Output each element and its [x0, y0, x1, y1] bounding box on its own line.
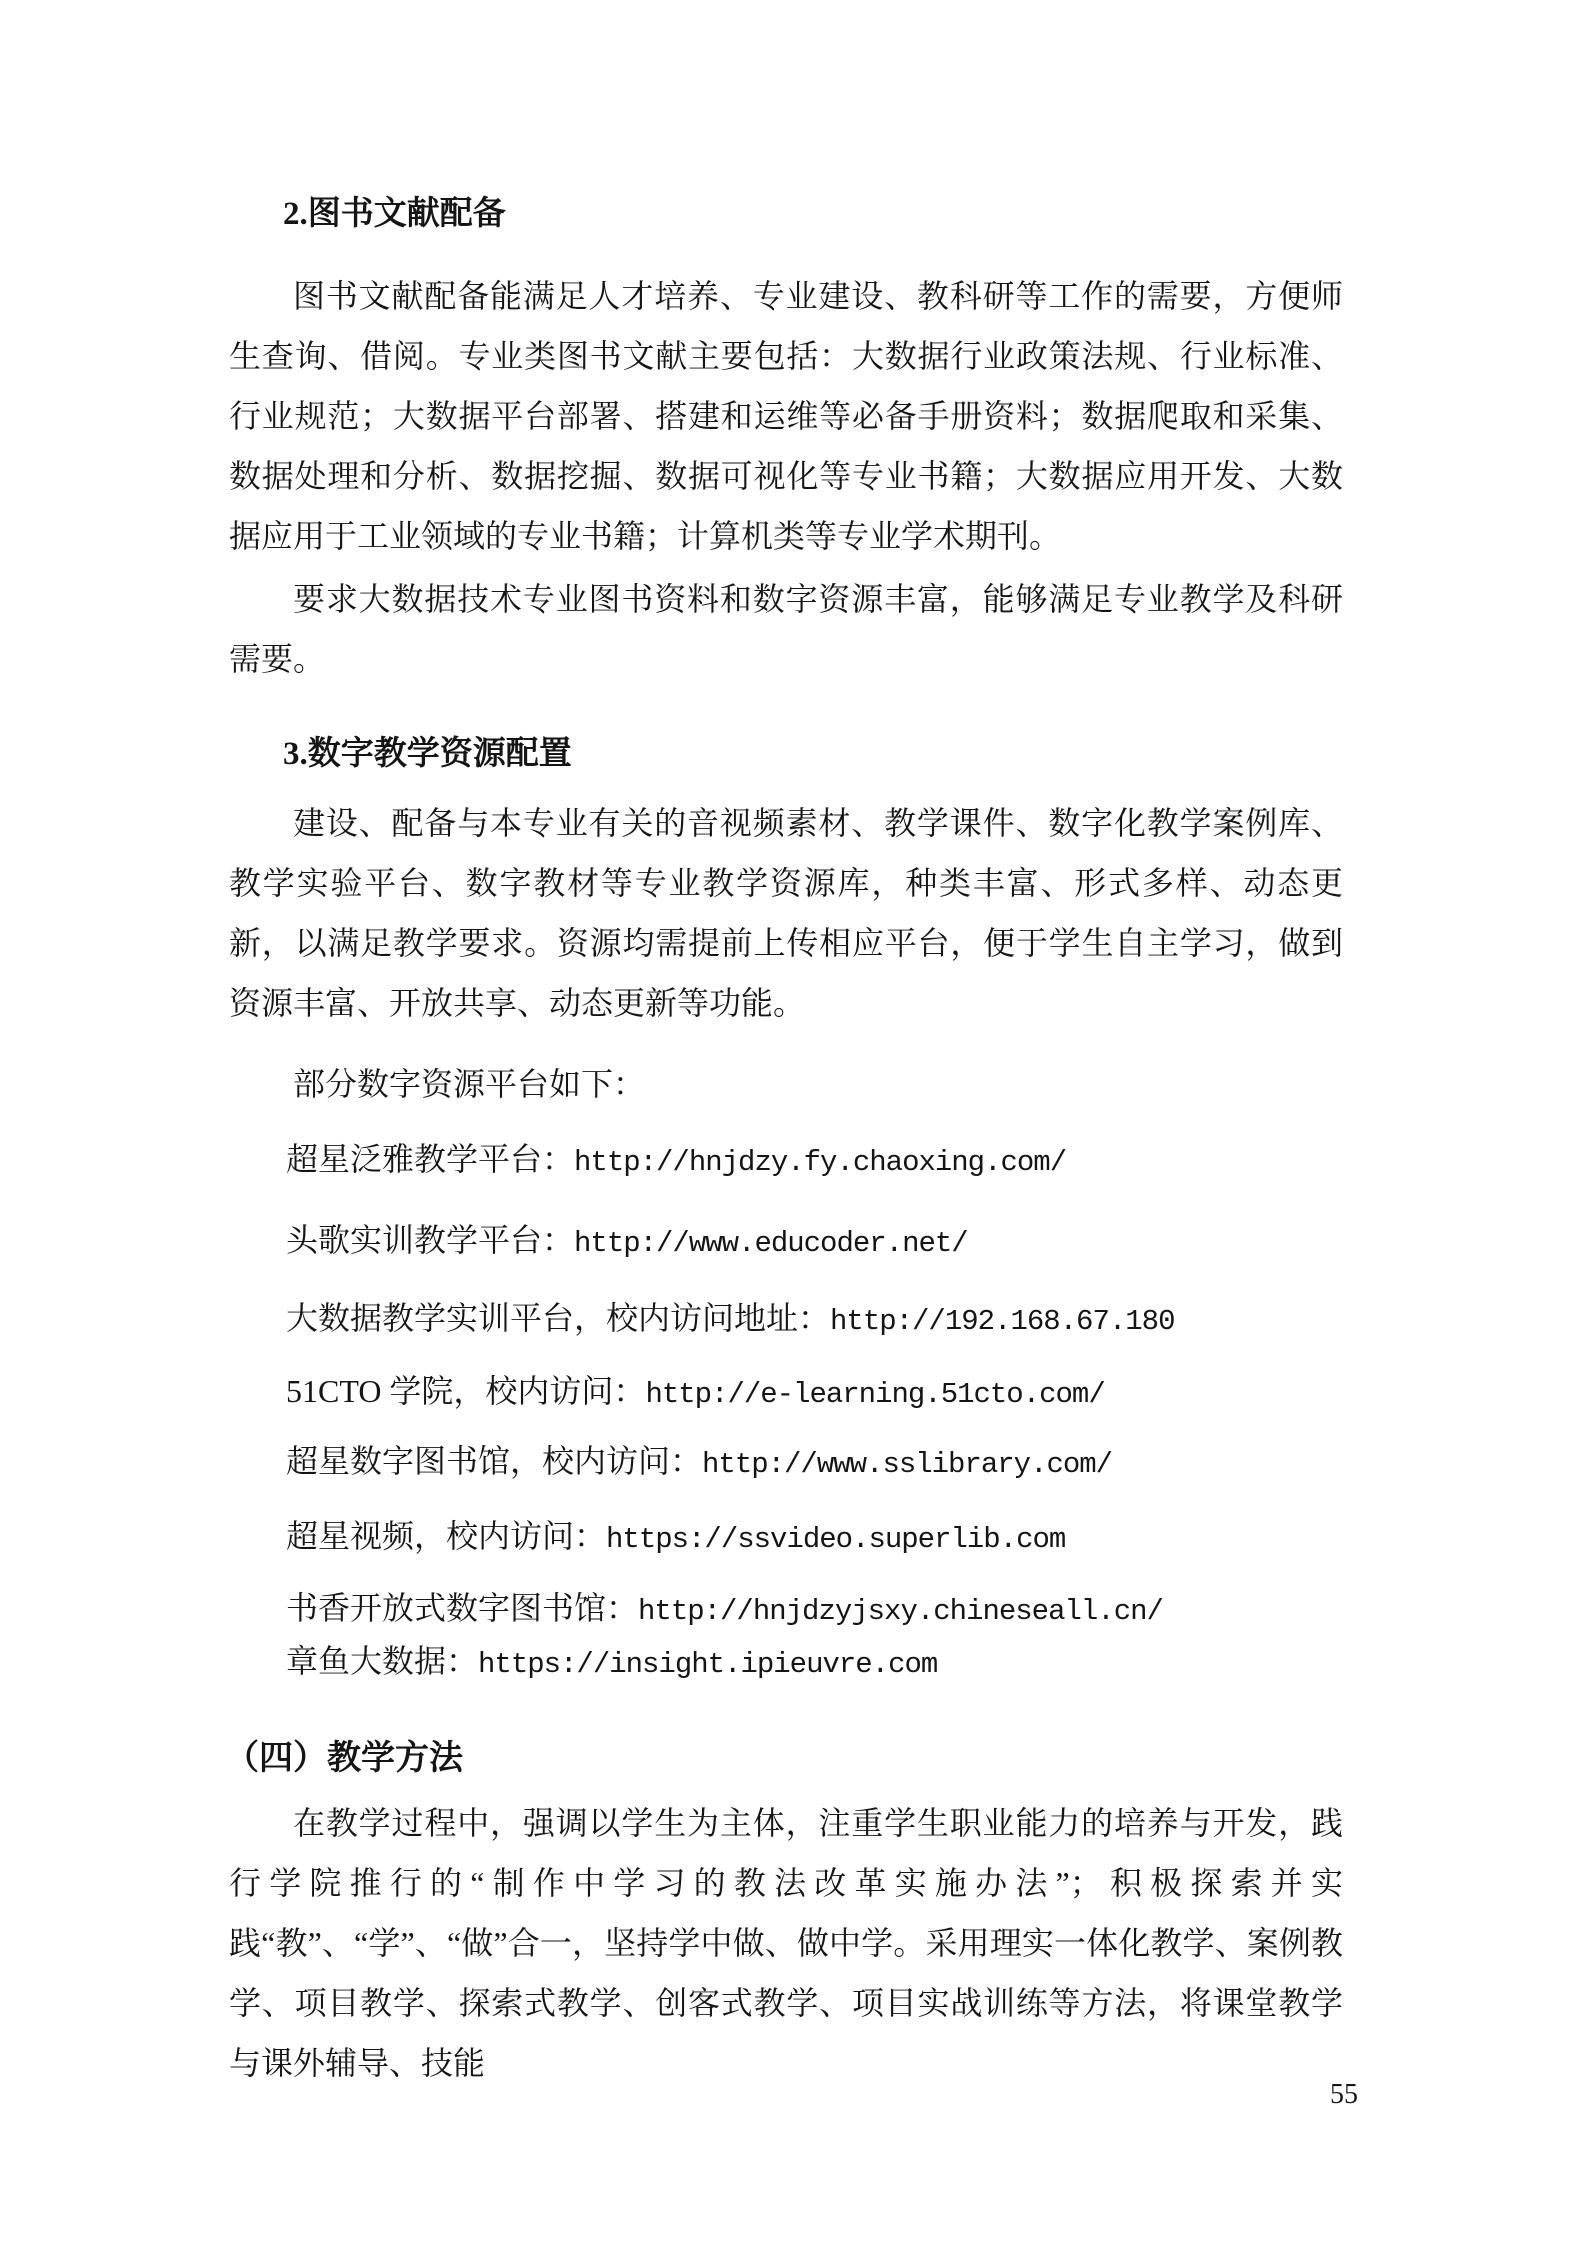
- platform-item-educoder: 头歌实训教学平台：http://www.educoder.net/: [229, 1210, 1429, 1274]
- paragraph-platform-list-intro: 部分数字资源平台如下：: [229, 1054, 1343, 1114]
- heading-teaching-methods: （四）教学方法: [225, 1738, 463, 1778]
- page-number: 55: [1330, 2078, 1358, 2112]
- platform-url: https://insight.ipieuvre.com: [478, 1648, 937, 1681]
- document-page: 2.图书文献配备 图书文献配备能满足人才培养、专业建设、教科研等工作的需要，方便…: [0, 0, 1587, 2245]
- paragraph-library-requirement: 要求大数据技术专业图书资料和数字资源丰富，能够满足专业教学及科研需要。: [229, 569, 1343, 689]
- platform-url: https://ssvideo.superlib.com: [606, 1523, 1065, 1556]
- paragraph-digital-resources-description: 建设、配备与本专业有关的音视频素材、教学课件、数字化教学案例库、教学实验平台、数…: [229, 793, 1343, 1033]
- platform-url: http://www.sslibrary.com/: [702, 1448, 1112, 1481]
- platform-item-sslibrary: 超星数字图书馆，校内访问：http://www.sslibrary.com/: [229, 1431, 1429, 1495]
- platform-label: 51CTO 学院，校内访问：: [286, 1373, 645, 1409]
- platform-url: http://hnjdzyjsxy.chineseall.cn/: [638, 1595, 1163, 1628]
- platform-label: 大数据教学实训平台，校内访问地址：: [286, 1300, 830, 1336]
- platform-label: 头歌实训教学平台：: [286, 1222, 574, 1258]
- paragraph-teaching-methods: 在教学过程中，强调以学生为主体，注重学生职业能力的培养与开发，践行学院推行的“制…: [229, 1793, 1343, 2093]
- platform-url: http://192.168.67.180: [830, 1305, 1174, 1338]
- platform-item-chaoxing-fanya: 超星泛雅教学平台：http://hnjdzy.fy.chaoxing.com/: [229, 1129, 1429, 1193]
- platform-label: 超星数字图书馆，校内访问：: [286, 1443, 702, 1479]
- platform-label: 章鱼大数据：: [286, 1643, 478, 1679]
- platform-url: http://hnjdzy.fy.chaoxing.com/: [574, 1146, 1066, 1179]
- platform-url: http://www.educoder.net/: [574, 1227, 968, 1260]
- platform-item-ipieuvre: 章鱼大数据：https://insight.ipieuvre.com: [229, 1631, 1429, 1695]
- platform-label: 书香开放式数字图书馆：: [286, 1590, 638, 1626]
- heading-digital-teaching-resources: 3.数字教学资源配置: [283, 734, 572, 774]
- platform-item-51cto: 51CTO 学院，校内访问：http://e-learning.51cto.co…: [229, 1361, 1429, 1425]
- paragraph-library-description: 图书文献配备能满足人才培养、专业建设、教科研等工作的需要，方便师生查询、借阅。专…: [229, 266, 1343, 566]
- platform-url: http://e-learning.51cto.com/: [645, 1378, 1104, 1411]
- platform-item-bigdata-training: 大数据教学实训平台，校内访问地址：http://192.168.67.180: [229, 1288, 1429, 1352]
- platform-label: 超星泛雅教学平台：: [286, 1141, 574, 1177]
- heading-library-resources: 2.图书文献配备: [283, 194, 506, 234]
- platform-label: 超星视频，校内访问：: [286, 1518, 606, 1554]
- platform-item-ssvideo: 超星视频，校内访问：https://ssvideo.superlib.com: [229, 1506, 1429, 1570]
